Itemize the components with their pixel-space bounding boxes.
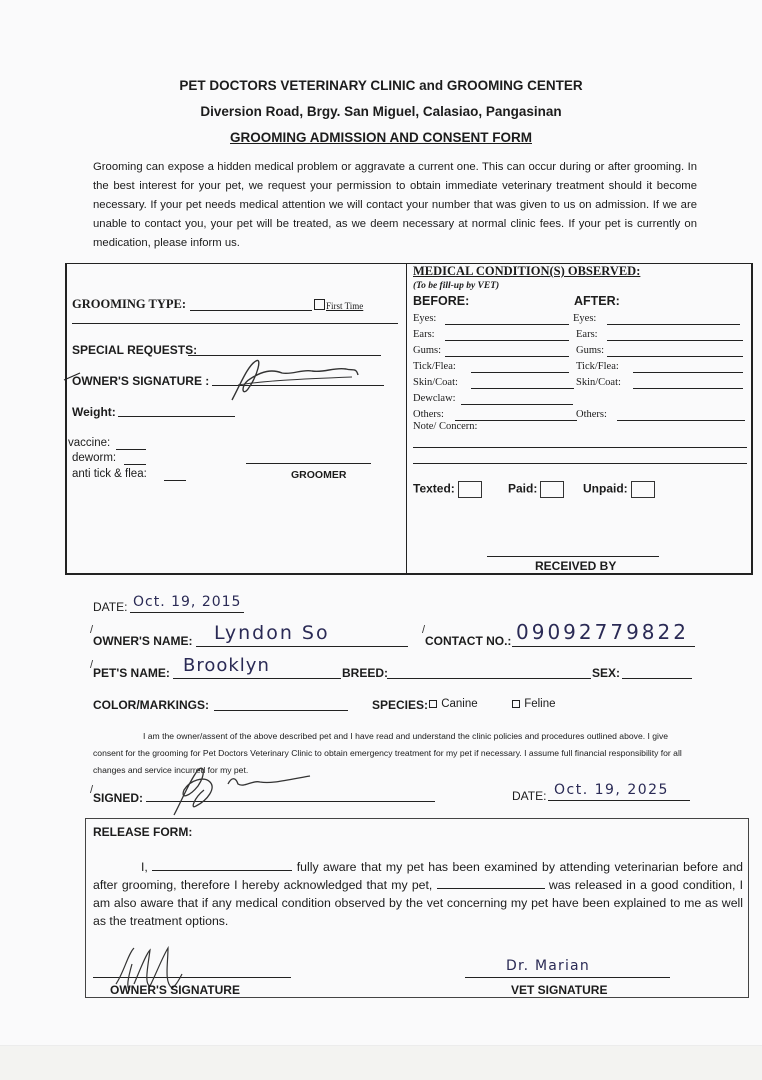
after-field-label: Skin/Coat:	[576, 377, 621, 388]
note-line-2[interactable]	[413, 463, 747, 464]
after-field-label: Others:	[576, 409, 607, 420]
before-field-label: Eyes:	[413, 313, 436, 324]
unpaid-checkbox[interactable]	[631, 481, 655, 498]
after-field-input[interactable]	[607, 324, 740, 325]
texted-checkbox[interactable]	[458, 481, 482, 498]
first-time-checkbox[interactable]	[314, 299, 325, 310]
species-option-feline[interactable]: Feline	[512, 698, 556, 710]
after-field-input[interactable]	[633, 388, 743, 389]
groomer-signature-field[interactable]	[246, 463, 371, 464]
release-owner-name-field[interactable]	[152, 860, 292, 871]
pet-name-value[interactable]: Brooklyn	[183, 655, 270, 676]
form-title: GROOMING ADMISSION AND CONSENT FORM	[0, 130, 762, 145]
color-markings-field[interactable]	[214, 710, 348, 711]
vet-signature-field[interactable]	[465, 977, 670, 978]
received-by-label: RECEIVED BY	[535, 559, 616, 573]
before-field-input[interactable]	[471, 388, 574, 389]
scan-bottom-margin	[0, 1045, 762, 1080]
after-field-label: Tick/Flea:	[576, 361, 619, 372]
consent-date-label: DATE:	[512, 789, 546, 803]
feline-label: Feline	[524, 698, 555, 710]
date-value[interactable]: Oct. 19, 2015	[133, 594, 241, 610]
paid-checkbox[interactable]	[540, 481, 564, 498]
clinic-name: PET DOCTORS VETERINARY CLINIC and GROOMI…	[0, 78, 762, 93]
deworm-label: deworm:	[72, 452, 116, 464]
before-field-label: Dewclaw:	[413, 393, 456, 404]
medical-subtitle: (To be fill-up by VET)	[413, 281, 499, 291]
grooming-type-label: GROOMING TYPE:	[72, 297, 186, 312]
unpaid-option[interactable]: Unpaid:	[583, 481, 655, 498]
after-field-input[interactable]	[633, 372, 743, 373]
before-field-input[interactable]	[445, 356, 569, 357]
release-paragraph: I, fully aware that my pet has been exam…	[93, 858, 743, 930]
box-divider	[406, 263, 407, 575]
owner-name-field[interactable]	[196, 646, 408, 647]
after-field-label: Ears:	[576, 329, 598, 340]
date-field[interactable]	[130, 612, 244, 613]
intro-paragraph: Grooming can expose a hidden medical pro…	[93, 158, 697, 253]
paid-label: Paid:	[508, 482, 537, 496]
breed-label: BREED:	[342, 666, 388, 680]
signed-label: SIGNED:	[93, 791, 143, 805]
feline-checkbox[interactable]	[512, 700, 520, 708]
grooming-type-extra-line[interactable]	[72, 323, 398, 324]
species-label: SPECIES:	[372, 698, 428, 712]
canine-label: Canine	[441, 698, 477, 710]
before-label: BEFORE:	[413, 294, 469, 308]
after-field-input[interactable]	[617, 420, 745, 421]
vaccine-label: vaccine:	[68, 437, 110, 449]
contact-value[interactable]: 09092779822	[516, 620, 689, 644]
paid-option[interactable]: Paid:	[508, 481, 564, 498]
after-field-input[interactable]	[607, 340, 743, 341]
note-line-1[interactable]	[413, 447, 747, 448]
unpaid-label: Unpaid:	[583, 482, 628, 496]
owner-signature-scribble-icon	[62, 355, 392, 405]
before-field-input[interactable]	[461, 404, 573, 405]
release-pet-name-field[interactable]	[437, 878, 545, 889]
before-field-label: Others:	[413, 409, 444, 420]
vaccine-field[interactable]	[116, 449, 146, 450]
owner-name-label: OWNER'S NAME:	[93, 634, 193, 648]
consent-signature-scribble-icon	[160, 760, 330, 820]
vet-signature-value[interactable]: Dr. Marian	[506, 958, 590, 974]
consent-date-value[interactable]: Oct. 19, 2025	[554, 782, 669, 798]
color-markings-label: COLOR/MARKINGS:	[93, 698, 209, 712]
texted-label: Texted:	[413, 482, 455, 496]
groomer-label: GROOMER	[291, 469, 346, 481]
medical-title: MEDICAL CONDITION(S) OBSERVED:	[413, 264, 640, 279]
species-option-canine[interactable]: Canine	[429, 698, 478, 710]
sex-field[interactable]	[622, 678, 692, 679]
release-text-i: I,	[141, 860, 148, 874]
release-form-title: RELEASE FORM:	[93, 825, 192, 839]
pet-name-field[interactable]	[173, 678, 341, 679]
deworm-field[interactable]	[124, 464, 146, 465]
weight-field[interactable]	[118, 416, 235, 417]
before-field-label: Tick/Flea:	[413, 361, 456, 372]
after-field-label: Eyes:	[573, 313, 596, 324]
before-field-input[interactable]	[445, 324, 569, 325]
release-owner-signature-label: OWNER'S SIGNATURE	[110, 983, 240, 997]
first-time-option[interactable]: First Time	[314, 299, 363, 311]
anti-tick-flea-field[interactable]	[164, 480, 186, 481]
contact-label: CONTACT NO.:	[425, 634, 511, 648]
canine-checkbox[interactable]	[429, 700, 437, 708]
sex-label: SEX:	[592, 666, 620, 680]
before-field-label: Ears:	[413, 329, 435, 340]
first-time-label: First Time	[326, 301, 363, 311]
date-label: DATE:	[93, 600, 127, 614]
contact-field[interactable]	[512, 646, 695, 647]
consent-date-field[interactable]	[548, 800, 690, 801]
received-by-field[interactable]	[487, 556, 659, 557]
pet-name-label: PET'S NAME:	[93, 666, 170, 680]
before-field-input[interactable]	[471, 372, 569, 373]
vet-signature-label: VET SIGNATURE	[511, 983, 607, 997]
after-field-label: Gums:	[576, 345, 604, 356]
texted-option[interactable]: Texted:	[413, 481, 482, 498]
grooming-type-field[interactable]	[190, 310, 312, 311]
anti-tick-flea-label: anti tick & flea:	[72, 468, 147, 480]
note-concern-label: Note/ Concern:	[413, 421, 477, 432]
weight-label: Weight:	[72, 405, 116, 419]
before-field-label: Gums:	[413, 345, 441, 356]
before-field-input[interactable]	[445, 340, 569, 341]
breed-field[interactable]	[387, 678, 591, 679]
before-field-label: Skin/Coat:	[413, 377, 458, 388]
after-label: AFTER:	[574, 294, 620, 308]
after-field-input[interactable]	[607, 356, 743, 357]
clinic-address: Diversion Road, Brgy. San Miguel, Calasi…	[0, 104, 762, 119]
owner-name-value[interactable]: Lyndon So	[214, 622, 330, 644]
